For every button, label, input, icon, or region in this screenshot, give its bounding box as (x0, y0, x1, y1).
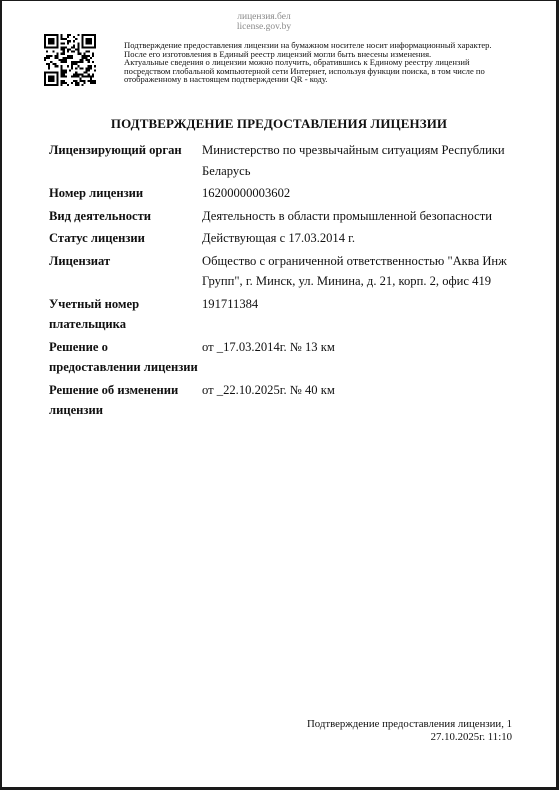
field-value: Действующая с 17.03.2014 г. (202, 228, 522, 249)
field-value: Деятельность в области промышленной безо… (202, 206, 522, 227)
field-label: Решение о предоставлении лицензии (49, 337, 202, 378)
field-label: Решение об изменении лицензии (49, 380, 202, 421)
field-value: Министерство по чрезвычайным ситуациям Р… (202, 140, 522, 181)
field-value: от _22.10.2025г. № 40 км (202, 380, 522, 421)
field-label: Лицензиат (49, 251, 202, 292)
document-title: ПОДТВЕРЖДЕНИЕ ПРЕДОСТАВЛЕНИЯ ЛИЦЕНЗИИ (2, 116, 556, 132)
row-license-status: Статус лицензии Действующая с 17.03.2014… (49, 228, 529, 249)
disclaimer-notice: Подтверждение предоставления лицензии на… (124, 41, 544, 84)
site-url: license.gov.by (202, 22, 326, 32)
field-label: Учетный номер плательщика (49, 294, 202, 335)
row-amendment-decision: Решение об изменении лицензии от _22.10.… (49, 380, 529, 421)
field-value: Общество с ограниченной ответственностью… (202, 251, 522, 292)
site-name-by: лицензия.бел (202, 12, 326, 22)
row-licensee: Лицензиат Общество с ограниченной ответс… (49, 251, 529, 292)
field-value: 16200000003602 (202, 183, 522, 204)
row-licensing-authority: Лицензирующий орган Министерство по чрез… (49, 140, 529, 181)
field-label: Номер лицензии (49, 183, 202, 204)
field-label: Статус лицензии (49, 228, 202, 249)
notice-line: отображенному в настоящем подтверждении … (124, 75, 544, 84)
qr-code-icon (44, 33, 96, 87)
license-details: Лицензирующий орган Министерство по чрез… (49, 140, 529, 423)
row-activity-type: Вид деятельности Деятельность в области … (49, 206, 529, 227)
license-confirmation-page: лицензия.бел license.gov.by Подтверждени… (0, 0, 559, 790)
field-label: Вид деятельности (49, 206, 202, 227)
field-label: Лицензирующий орган (49, 140, 202, 181)
row-taxpayer-number: Учетный номер плательщика 191711384 (49, 294, 529, 335)
footer-page-label: Подтверждение предоставления лицензии, 1 (307, 718, 512, 731)
row-license-number: Номер лицензии 16200000003602 (49, 183, 529, 204)
site-header: лицензия.бел license.gov.by (202, 12, 326, 32)
field-value: 191711384 (202, 294, 522, 335)
page-footer: Подтверждение предоставления лицензии, 1… (307, 718, 512, 744)
row-grant-decision: Решение о предоставлении лицензии от _17… (49, 337, 529, 378)
field-value: от _17.03.2014г. № 13 км (202, 337, 522, 378)
footer-timestamp: 27.10.2025г. 11:10 (307, 731, 512, 744)
